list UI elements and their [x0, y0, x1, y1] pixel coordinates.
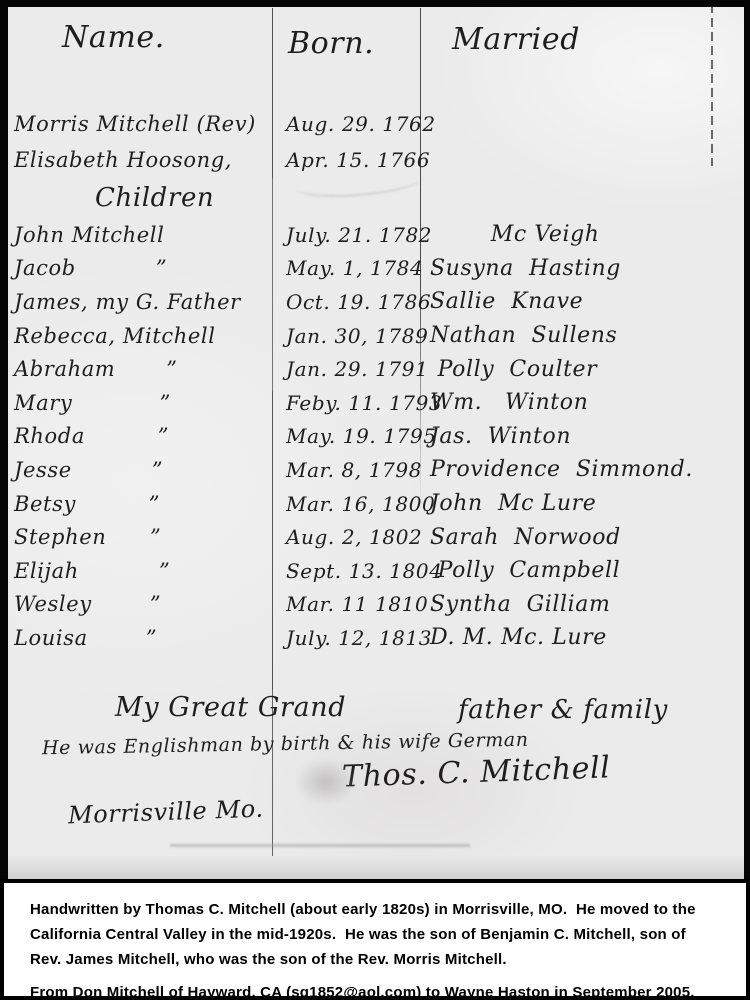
birth-date: July. 21. 1782 [272, 223, 420, 247]
person-name: Stephen ” [0, 525, 272, 549]
birth-date: July. 12, 1813 [272, 626, 420, 650]
column-header-born: Born. [288, 26, 374, 61]
person-name: Rhoda ” [0, 424, 272, 448]
birth-date: Feby. 11. 1793 [272, 391, 420, 415]
birth-date: Mar. 16, 1800 [272, 492, 420, 516]
person-name: Wesley ” [0, 592, 272, 616]
spouse-name: Sallie Knave [420, 289, 744, 314]
spouse-name: Susyna Hasting [420, 256, 744, 281]
person-name: Morris Mitchell (Rev) [0, 112, 272, 136]
person-name: Mary ” [0, 391, 272, 415]
birth-date: Oct. 19. 1786 [272, 290, 420, 314]
birth-date: Sept. 13. 1804 [272, 559, 420, 583]
column-header-married: Married [452, 22, 580, 57]
birth-date: Jan. 29. 1791 [272, 357, 420, 381]
spouse-name: Wm. Winton [420, 390, 744, 415]
scanned-register-page: Name. Born. Married Morris Mitchell (Rev… [0, 0, 750, 879]
row-jacob: Jacob ” May. 1, 1784 Susyna Hasting [0, 252, 744, 286]
caption-blank-line [30, 972, 736, 980]
person-name: Elisabeth Hoosong, [0, 148, 272, 172]
children-section-label: Children [0, 178, 744, 218]
caption-box: Handwritten by Thomas C. Mitchell (about… [0, 879, 750, 1000]
closing-note-birth-origin: He was Englishman by birth & his wife Ge… [42, 729, 529, 759]
birth-date: Apr. 15. 1766 [272, 148, 420, 172]
spouse-name: D. M. Mc. Lure [420, 625, 744, 650]
caption-line-2: California Central Valley in the mid-192… [30, 922, 736, 947]
row-john: John Mitchell July. 21. 1782 Mc Veigh [0, 218, 744, 252]
row-morris-mitchell: Morris Mitchell (Rev) Aug. 29. 1762 [0, 106, 744, 142]
birth-date: Aug. 29. 1762 [272, 112, 420, 136]
spouse-name: Providence Simmond. [420, 457, 744, 482]
spouse-name: John Mc Lure [420, 491, 744, 516]
birth-date: Mar. 11 1810 [272, 592, 420, 616]
row-mary: Mary ” Feby. 11. 1793 Wm. Winton [0, 386, 744, 420]
closing-note-fathers-family: father & family [458, 695, 668, 725]
birth-date: Aug. 2, 1802 [272, 525, 420, 549]
spouse-name: Mc Veigh [420, 222, 744, 247]
person-name: Elijah ” [0, 559, 272, 583]
person-name: Louisa ” [0, 626, 272, 650]
column-header-name: Name. [62, 20, 165, 55]
row-wesley: Wesley ” Mar. 11 1810 Syntha Gilliam [0, 588, 744, 622]
person-name: John Mitchell [0, 223, 272, 247]
person-name: Jesse ” [0, 458, 272, 482]
row-louisa: Louisa ” July. 12, 1813 D. M. Mc. Lure [0, 621, 744, 655]
scan-border-top [0, 0, 750, 7]
row-jesse: Jesse ” Mar. 8, 1798 Providence Simmond. [0, 453, 744, 487]
closing-note-great-grand: My Great Grand [115, 692, 346, 723]
birth-date: Jan. 30, 1789 [272, 324, 420, 348]
spouse-name: Jas. Winton [420, 424, 744, 449]
person-name: James, my G. Father [0, 290, 272, 314]
row-abraham: Abraham ” Jan. 29. 1791 Polly Coulter [0, 352, 744, 386]
signature-thos-c-mitchell: Thos. C. Mitchell [341, 750, 611, 794]
row-stephen: Stephen ” Aug. 2, 1802 Sarah Norwood [0, 520, 744, 554]
scan-border-right [744, 0, 750, 879]
ink-blot-smudge [295, 758, 357, 806]
scan-fold-smudge [170, 844, 470, 847]
person-name: Abraham ” [0, 357, 272, 381]
birth-date: May. 1, 1784 [272, 256, 420, 280]
person-name: Jacob ” [0, 256, 272, 280]
spouse-name: Nathan Sullens [420, 323, 744, 348]
family-register-table: Morris Mitchell (Rev) Aug. 29. 1762 Elis… [0, 106, 744, 655]
birth-date: May. 19. 1795 [272, 424, 420, 448]
row-elijah: Elijah ” Sept. 13. 1804 Polly Campbell [0, 554, 744, 588]
row-rhoda: Rhoda ” May. 19. 1795 Jas. Winton [0, 420, 744, 454]
person-name: Betsy ” [0, 492, 272, 516]
row-james: James, my G. Father Oct. 19. 1786 Sallie… [0, 285, 744, 319]
row-rebecca: Rebecca, Mitchell Jan. 30, 1789 Nathan S… [0, 319, 744, 353]
spouse-name: Sarah Norwood [420, 525, 744, 550]
spouse-name: Polly Campbell [420, 558, 744, 583]
place-note-morrisville: Morrisville Mo. [68, 795, 264, 830]
row-elisabeth-hoosong: Elisabeth Hoosong, Apr. 15. 1766 [0, 142, 744, 178]
scan-bottom-shadow [8, 856, 744, 879]
caption-line-3: Rev. James Mitchell, who was the son of … [30, 947, 736, 972]
spouse-name: Syntha Gilliam [420, 592, 744, 617]
scan-border-left [0, 0, 8, 879]
spouse-name: Polly Coulter [420, 357, 744, 382]
person-name: Rebecca, Mitchell [0, 324, 272, 348]
caption-line-1: Handwritten by Thomas C. Mitchell (about… [30, 897, 736, 922]
birth-date: Mar. 8, 1798 [272, 458, 420, 482]
row-betsy: Betsy ” Mar. 16, 1800 John Mc Lure [0, 487, 744, 521]
caption-provenance-line: From Don Mitchell of Hayward, CA (sq1852… [30, 980, 736, 1000]
